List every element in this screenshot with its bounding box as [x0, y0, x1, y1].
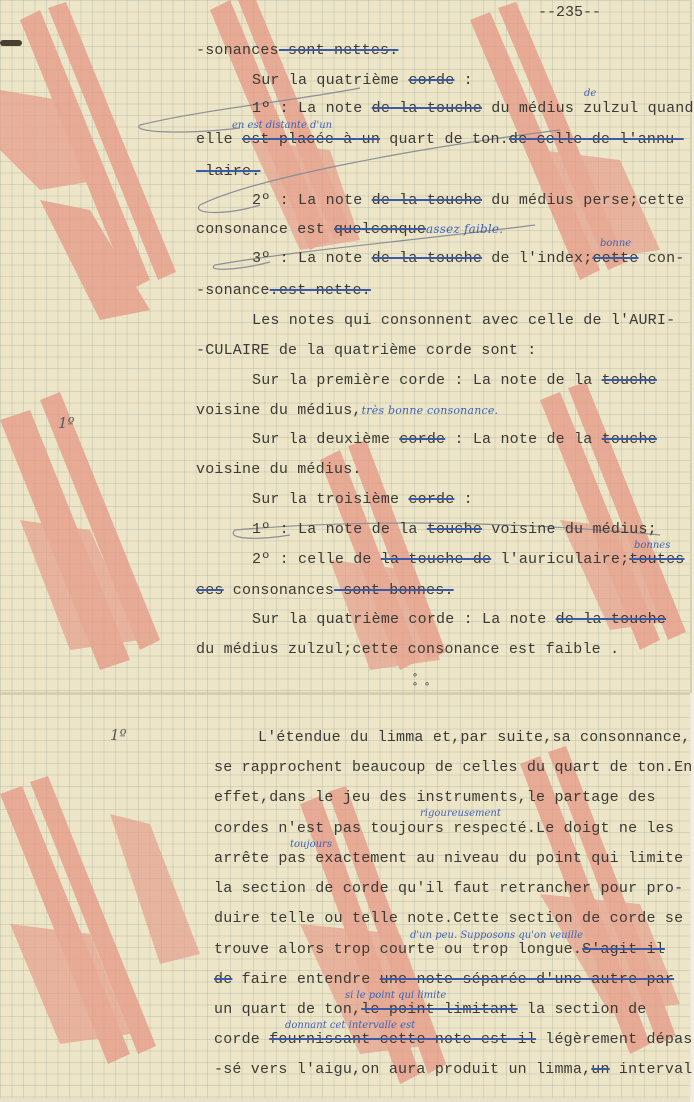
- text-line: -CULAIRE de la quatrième corde sont :: [196, 342, 536, 359]
- handwritten-annotation: de: [584, 88, 596, 99]
- text-line: voisine du médius,très bonne consonance.: [196, 402, 498, 419]
- text-line: Sur la quatrième corde : La note de la t…: [252, 611, 666, 628]
- handwritten-annotation: rigoureusement: [420, 808, 501, 819]
- text-line: Les notes qui consonnent avec celle de l…: [252, 312, 675, 329]
- text-line: L'étendue du limma et,par suite,sa conso…: [258, 729, 690, 746]
- handwritten-annotation: en est distante d'un: [232, 120, 332, 131]
- text-line: 1º : La note de la touche voisine du méd…: [252, 521, 657, 538]
- text-line: arrête pas exactement au niveau du point…: [214, 850, 683, 867]
- handwritten-annotation: bonne: [600, 238, 631, 249]
- text-line: 2º : La note de la touche du médius pers…: [252, 192, 684, 209]
- margin-mark: 1º: [58, 414, 75, 432]
- text-line: voisine du médius.: [196, 461, 362, 478]
- section-ornament: ∘ ∘ ∘: [412, 672, 430, 690]
- text-line: -sonance.est nette.: [196, 282, 371, 299]
- text-line: ces consonances sont bonnes.: [196, 582, 454, 599]
- text-line: du médius zulzul;cette consonance est fa…: [196, 641, 619, 658]
- text-line: se rapprochent beaucoup de celles du qua…: [214, 759, 692, 776]
- text-line: -sonances sont nettes.: [196, 42, 398, 59]
- handwritten-annotation: donnant cet intervalle est: [285, 1020, 415, 1031]
- handwritten-annotation: toujours: [290, 839, 332, 850]
- text-line: Sur la deuxième corde : La note de la to…: [252, 431, 657, 448]
- text-line: -laire.: [196, 163, 260, 180]
- text-line: la section de corde qu'il faut retranche…: [214, 880, 683, 897]
- text-line: Sur la troisième corde :: [252, 491, 473, 508]
- text-line: consonance est quelconqueassez faible.: [196, 221, 503, 238]
- text-line: Sur la quatrième corde :: [252, 72, 473, 89]
- text-line: de faire entendre une note séparée d'une…: [214, 971, 674, 988]
- text-line: corde fournissant cette note est-il légè…: [214, 1031, 693, 1048]
- text-line: Sur la première corde : La note de la to…: [252, 372, 657, 389]
- text-line: trouve alors trop courte ou trop longue.…: [214, 941, 665, 958]
- text-line: 2º : celle de la touche de l'auriculaire…: [252, 551, 685, 568]
- paper-clip: [0, 40, 22, 46]
- manuscript-sheet-bottom: 1º L'étendue du limma et,par suite,sa co…: [0, 693, 690, 1098]
- handwritten-annotation: bonnes: [634, 540, 670, 551]
- text-line: effet,dans le jeu des instruments,le par…: [214, 789, 656, 806]
- text-line: 1º : La note de la touche du médius zulz…: [252, 100, 694, 117]
- handwritten-annotation: d'un peu. Supposons qu'on veuille: [410, 930, 583, 941]
- text-line: un quart de ton,le point limitant la sec…: [214, 1001, 647, 1018]
- text-line: elle est placée à un quart de ton.de cel…: [196, 131, 684, 148]
- handwritten-annotation: si le point qui limite: [345, 990, 446, 1001]
- margin-mark: 1º: [110, 726, 127, 744]
- text-line: -sé vers l'aigu,on aura produit un limma…: [214, 1061, 693, 1078]
- page-number: --235--: [538, 4, 601, 21]
- manuscript-sheet-top: --235-- -sonances sont nettes. Sur la qu…: [0, 0, 692, 693]
- text-line: 3º : La note de la touche de l'index;cet…: [252, 250, 685, 267]
- text-line: duire telle ou telle note.Cette section …: [214, 910, 683, 927]
- text-line: cordes n'est pas toujours respecté.Le do…: [214, 820, 674, 837]
